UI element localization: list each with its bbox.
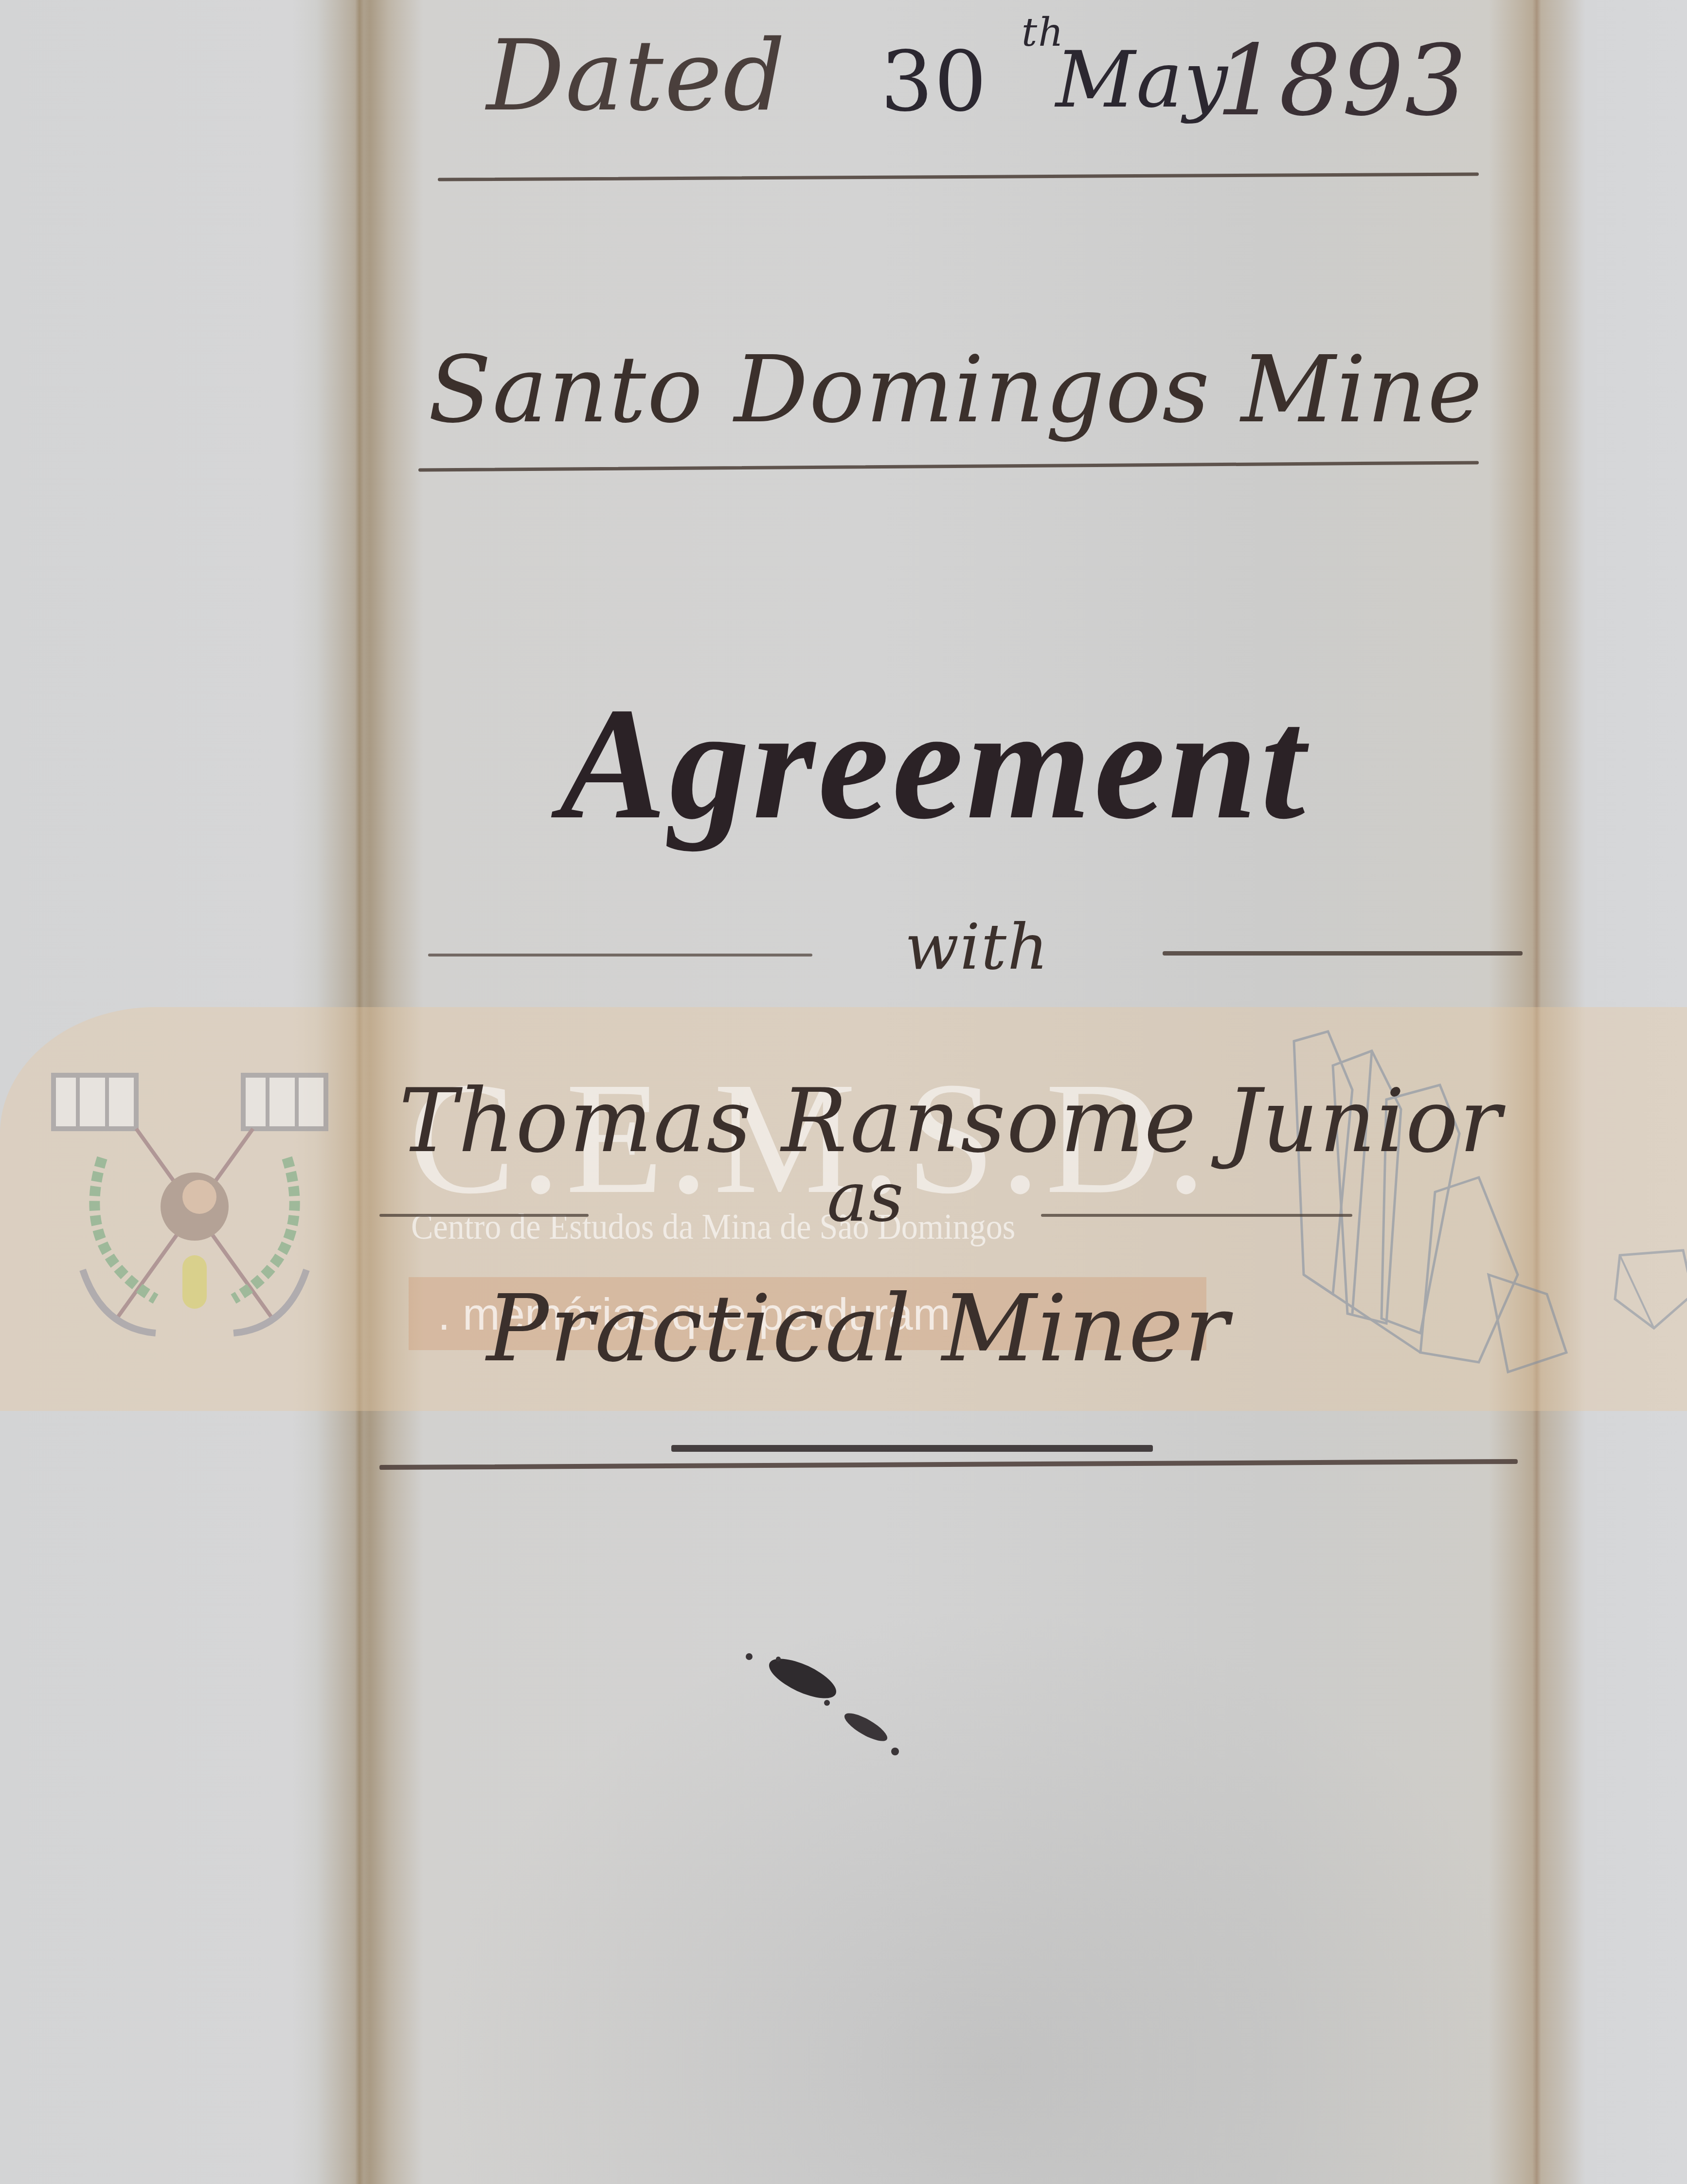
date-label: Dated: [486, 19, 786, 133]
paper-shadow: [428, 1606, 1547, 2184]
crystal-small-icon: [1610, 1236, 1687, 1333]
as-connector: as: [827, 1158, 904, 1237]
closing-rule-short: [671, 1445, 1153, 1452]
with-rule-right: [1163, 951, 1523, 956]
with-rule-left: [428, 954, 812, 957]
party-name: Thomas Ransome Junior: [399, 1070, 1502, 1172]
ink-blot: [730, 1649, 934, 1766]
date-day: 30: [880, 34, 987, 130]
document-title: Agreement: [559, 671, 1308, 856]
name-rule-right: [1041, 1214, 1352, 1217]
name-rule-left: [379, 1214, 589, 1217]
with-connector: with: [905, 910, 1049, 984]
watermark-organization: Centro de Estudos da Mina de São Domingo…: [411, 1207, 1015, 1248]
role-heading: Practical Miner: [486, 1275, 1229, 1382]
date-year: 1893: [1216, 24, 1468, 138]
date-month: May: [1056, 34, 1229, 125]
location-heading: Santo Domingos Mine: [428, 336, 1483, 443]
mining-emblem-icon: [44, 1046, 345, 1338]
